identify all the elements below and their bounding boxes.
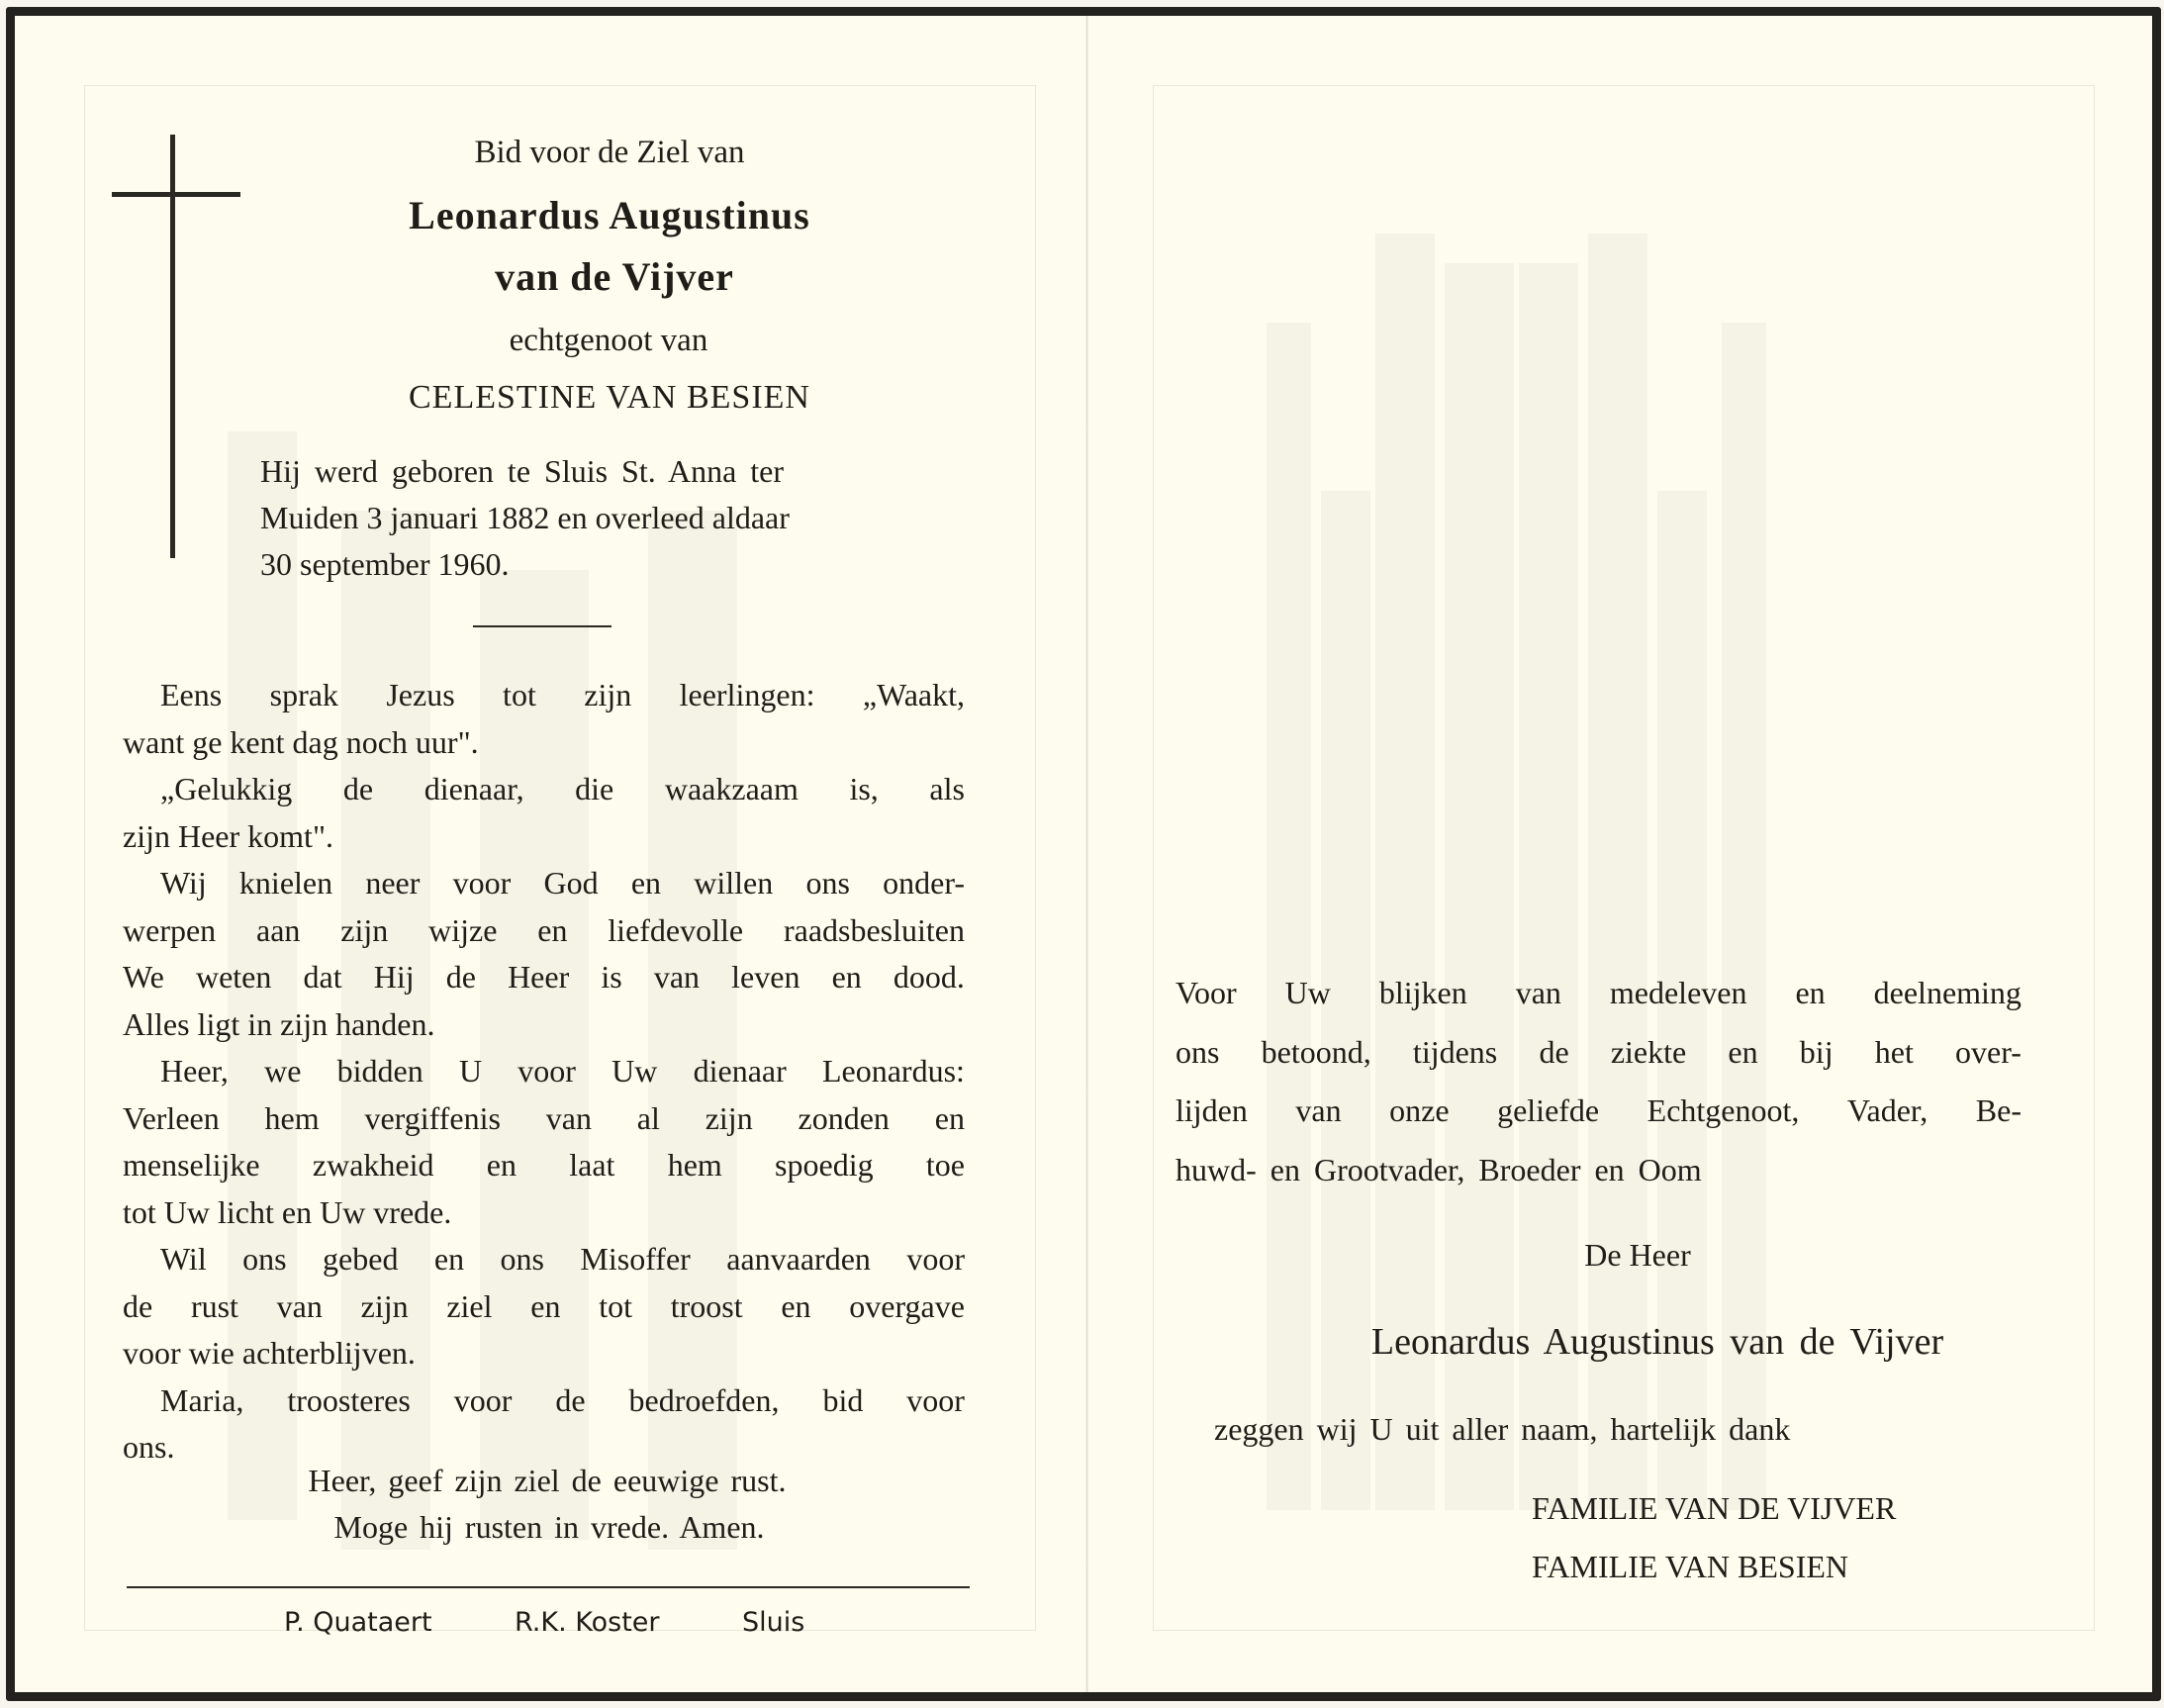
spouse-name: CELESTINE VAN BESIEN bbox=[409, 381, 810, 415]
prayer-line: WijknielenneervoorGodenwillenonsonder- bbox=[160, 867, 965, 899]
printer-place: Sluis bbox=[742, 1609, 804, 1636]
bio-line: Muiden 3 januari 1882 en overleed aldaar bbox=[260, 502, 790, 533]
prayer-line: „Gelukkigdedienaar,diewaakzaamis,als bbox=[160, 773, 965, 805]
signature-line: FAMILIE VAN BESIEN bbox=[1532, 1551, 1848, 1582]
prayer-line: tot Uw licht en Uw vrede. bbox=[123, 1196, 451, 1228]
prayer-line: Alles ligt in zijn handen. bbox=[123, 1008, 435, 1040]
footer-divider bbox=[127, 1586, 970, 1588]
thanks-line: onsbetoond,tijdensdeziekteenbijhetover- bbox=[1176, 1036, 2022, 1068]
prayer-line: WilonsgebedenonsMisofferaanvaardenvoor bbox=[160, 1243, 965, 1275]
prayer-line: zijn Heer komt". bbox=[123, 820, 333, 852]
deceased-name-line2: van de Vijver bbox=[495, 257, 734, 297]
bio-line: Hij werd geboren te Sluis St. Anna ter bbox=[260, 455, 784, 487]
section-divider bbox=[473, 625, 612, 627]
thanks-closing: zeggen wij U uit aller naam, hartelijk d… bbox=[1214, 1413, 1790, 1445]
prayer-line: Maria,troosteresvoordebedroefden,bidvoor bbox=[160, 1384, 965, 1416]
title-text: De Heer bbox=[1584, 1239, 1690, 1271]
prayer-line: werpenaanzijnwijzeenliefdevolleraadsbesl… bbox=[123, 914, 965, 946]
bio-line: 30 september 1960. bbox=[260, 548, 510, 580]
prayer-line: Heer,webiddenUvoorUwdienaarLeonardus: bbox=[160, 1055, 965, 1087]
right-panel-frame bbox=[1153, 85, 2095, 1631]
prayer-line: WewetendatHijdeHeerisvanlevenendood. bbox=[123, 961, 965, 993]
prayer-line: Verleenhemvergiffenisvanalzijnzondenen bbox=[123, 1102, 965, 1134]
closing-line: Heer, geef zijn ziel de eeuwige rust. bbox=[309, 1465, 787, 1496]
printer-name: P. Quataert bbox=[284, 1609, 432, 1636]
intro-text: Bid voor de Ziel van bbox=[474, 137, 744, 169]
prayer-line: want ge kent dag noch uur". bbox=[123, 726, 479, 758]
full-name: Leonardus Augustinus van de Vijver bbox=[1371, 1323, 1943, 1361]
deceased-name-line1: Leonardus Augustinus bbox=[409, 196, 810, 236]
closing-line: Moge hij rusten in vrede. Amen. bbox=[333, 1511, 764, 1543]
prayer-line: EenssprakJezustotzijnleerlingen:„Waakt, bbox=[160, 679, 965, 711]
thanks-line: lijdenvanonzegeliefdeEchtgenoot,Vader,Be… bbox=[1176, 1094, 2022, 1126]
prayer-line: voor wie achterblijven. bbox=[123, 1337, 416, 1369]
prayer-line: menselijkezwakheidenlaathemspoedigtoe bbox=[123, 1149, 965, 1181]
thanks-line: huwd- en Grootvader, Broeder en Oom bbox=[1176, 1154, 1702, 1186]
prayer-line: derustvanzijnzielentottroostenovergave bbox=[123, 1290, 965, 1322]
signature-line: FAMILIE VAN DE VIJVER bbox=[1532, 1492, 1896, 1524]
memorial-card bbox=[6, 7, 2161, 1701]
spouse-label: echtgenoot van bbox=[510, 325, 708, 357]
printer-role: R.K. Koster bbox=[515, 1609, 660, 1636]
thanks-line: VoorUwblijkenvanmedelevenendeelneming bbox=[1176, 977, 2022, 1008]
card-fold bbox=[1085, 16, 1088, 1692]
prayer-line: ons. bbox=[123, 1431, 174, 1463]
